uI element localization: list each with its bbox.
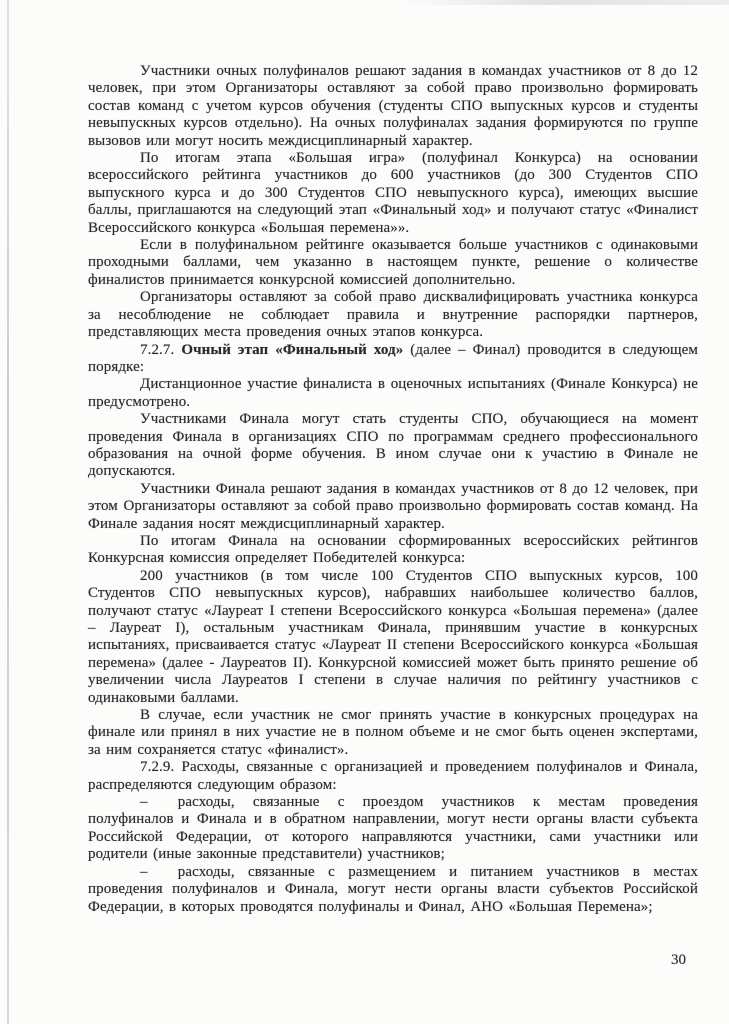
paragraph: Дистанционное участие финалиста в оценоч… [88, 376, 698, 411]
paragraph: По итогам этапа «Большая игра» (полуфина… [88, 150, 698, 237]
text-segment: 200 участников (в том числе 100 Студенто… [88, 568, 698, 706]
dash-list-item: – расходы, связанные с проездом участник… [88, 794, 698, 864]
text-segment: 7.2.9. Расходы, связанные с организацией… [88, 759, 698, 792]
paragraph: Участники Финала решают задания в команд… [88, 481, 698, 533]
dash-list-item: – расходы, связанные с размещением и пит… [88, 864, 698, 916]
paragraph: 7.2.7. Очный этап «Финальный ход» (далее… [88, 342, 698, 377]
text-segment: В случае, если участник не смог принять … [88, 707, 698, 758]
paragraph: Участники очных полуфиналов решают задан… [88, 63, 698, 150]
text-segment: Участники Финала решают задания в команд… [88, 481, 698, 532]
paragraph: Организаторы оставляют за собой право ди… [88, 289, 698, 341]
page-number: 30 [671, 952, 686, 969]
text-segment: По итогам этапа «Большая игра» (полуфина… [88, 150, 698, 236]
scan-top-smudge [0, 0, 729, 5]
text-segment: Организаторы оставляют за собой право ди… [88, 289, 698, 340]
paragraph: 200 участников (в том числе 100 Студенто… [88, 568, 698, 707]
document-body: Участники очных полуфиналов решают задан… [88, 63, 698, 916]
scan-edge-line [7, 0, 9, 1024]
paragraph: Если в полуфинальном рейтинге оказываетс… [88, 237, 698, 289]
text-segment: Участниками Финала могут стать студенты … [88, 411, 698, 479]
text-segment: Дистанционное участие финалиста в оценоч… [88, 376, 698, 409]
text-segment: – расходы, связанные с проездом участник… [88, 794, 698, 862]
text-segment: 7.2.7. [140, 342, 181, 358]
paragraph: По итогам Финала на основании сформирова… [88, 533, 698, 568]
text-segment: Участники очных полуфиналов решают задан… [88, 63, 698, 149]
text-segment: Если в полуфинальном рейтинге оказываетс… [88, 237, 698, 288]
text-segment: По итогам Финала на основании сформирова… [88, 533, 698, 566]
paragraph: Участниками Финала могут стать студенты … [88, 411, 698, 481]
paragraph: В случае, если участник не смог принять … [88, 707, 698, 759]
bold-text-segment: Очный этап «Финальный ход» [181, 342, 403, 358]
paragraph: 7.2.9. Расходы, связанные с организацией… [88, 759, 698, 794]
document-page: Участники очных полуфиналов решают задан… [0, 0, 729, 1024]
text-segment: – расходы, связанные с размещением и пит… [88, 864, 698, 915]
